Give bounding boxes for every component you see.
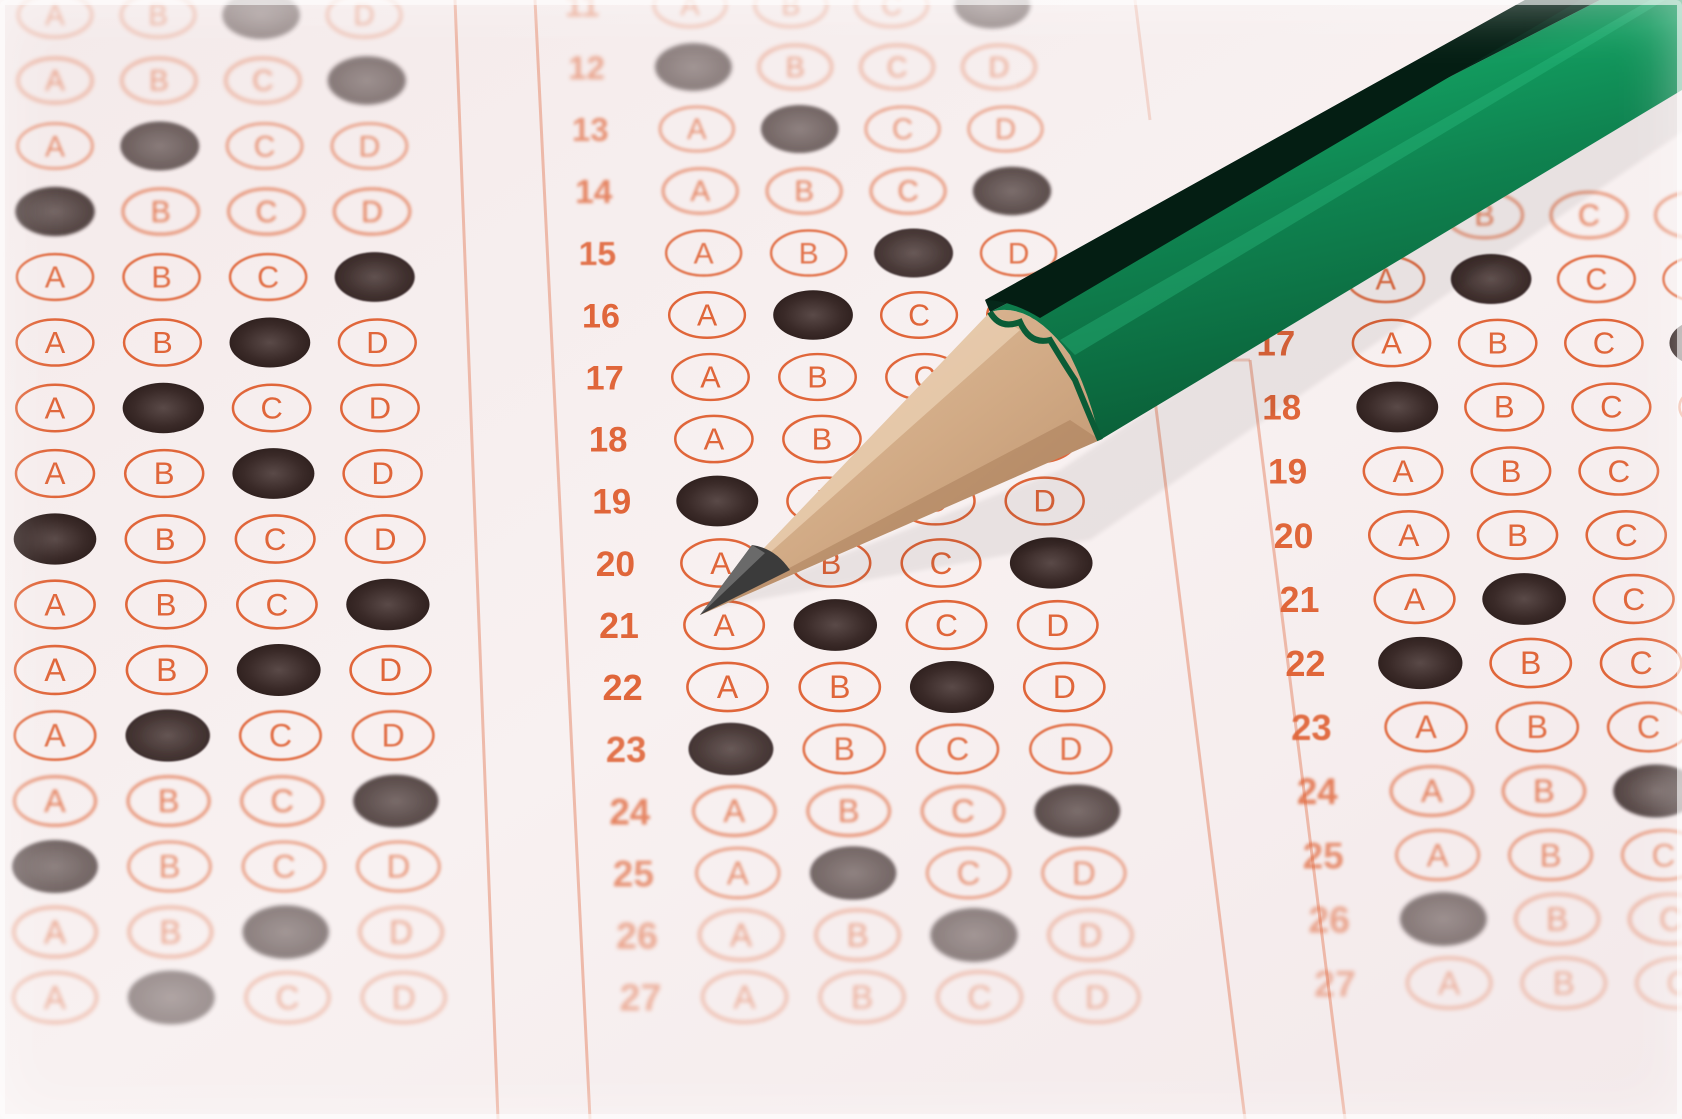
filled-bubble	[1400, 892, 1487, 946]
question-number: 23	[606, 729, 647, 770]
bubble-letter: A	[44, 652, 66, 688]
bubble-letter: C	[1630, 645, 1653, 681]
bubble-letter: B	[1527, 709, 1549, 745]
bubble-letter: C	[264, 522, 287, 557]
filled-bubble	[688, 723, 773, 776]
bubble-letter: C	[957, 854, 981, 891]
bubble-letter: A	[1398, 517, 1420, 553]
bubble-letter: A	[687, 113, 707, 146]
bubble-letter: B	[1500, 454, 1521, 489]
bubble-letter: A	[45, 260, 66, 294]
filled-bubble	[12, 840, 98, 893]
bubble-letter: A	[1421, 772, 1443, 809]
question-number: 20	[1274, 516, 1314, 556]
bubble-letter: B	[1533, 772, 1555, 809]
bubble-letter: A	[1438, 965, 1461, 1002]
bubble-letter: C	[1578, 198, 1600, 232]
bubble-letter: A	[1415, 709, 1437, 745]
filled-bubble	[237, 644, 321, 696]
bubble-letter: A	[44, 980, 67, 1017]
bubble-letter: D	[1046, 607, 1069, 643]
bubble-letter: C	[887, 52, 908, 84]
bubble-letter: B	[1520, 645, 1541, 681]
filled-bubble	[676, 476, 758, 527]
bubble-letter: C	[1637, 709, 1660, 745]
bubble-letter: A	[44, 586, 66, 622]
question-number: 23	[1291, 707, 1332, 748]
bubble-letter: D	[1085, 980, 1109, 1017]
filled-bubble	[120, 122, 199, 171]
bubble-letter: A	[730, 917, 753, 954]
question-number: 26	[1308, 898, 1349, 940]
bubble-letter: C	[265, 586, 288, 622]
bubble-letter: A	[710, 546, 731, 581]
bubble-letter: A	[697, 299, 718, 332]
bubble-letter: A	[45, 130, 65, 163]
filled-bubble	[232, 448, 314, 499]
question-number: 19	[1268, 453, 1307, 492]
bubble-letter: B	[158, 783, 180, 819]
bubble-letter: C	[967, 980, 991, 1017]
filled-bubble	[1378, 637, 1462, 689]
bubble-letter: B	[151, 196, 171, 229]
bubble-letter: B	[156, 652, 177, 688]
bubble-letter: C	[269, 718, 292, 754]
bubble-letter: B	[851, 980, 873, 1017]
bubble-letter: B	[151, 260, 171, 294]
bubble-letter: B	[154, 456, 175, 491]
filled-bubble	[1356, 382, 1438, 433]
bubble-letter: D	[374, 522, 397, 557]
filled-bubble	[930, 908, 1017, 962]
bubble-letter: B	[1553, 965, 1575, 1002]
bubble-letter: D	[359, 130, 381, 163]
bubble-letter: B	[799, 237, 819, 270]
bubble-letter: A	[733, 980, 756, 1017]
filled-bubble	[910, 661, 994, 713]
bubble-letter: B	[149, 65, 169, 98]
bubble-letter: A	[727, 854, 749, 891]
bubble-letter: C	[1622, 581, 1645, 617]
bubble-letter: C	[255, 196, 277, 229]
bubble-letter: C	[1615, 517, 1638, 553]
bubble-letter: C	[1607, 454, 1630, 489]
bubble-letter: A	[45, 456, 66, 491]
bubble-letter: B	[833, 731, 855, 767]
bubble-letter: A	[45, 325, 66, 360]
bubble-letter: C	[1593, 326, 1615, 361]
bubble-letter: D	[1008, 237, 1030, 270]
bubble-letter: C	[908, 299, 930, 332]
bubble-letter: A	[714, 607, 736, 643]
filled-bubble	[353, 775, 438, 828]
filled-bubble	[328, 56, 406, 105]
filled-bubble	[1482, 573, 1566, 625]
bubble-letter: D	[389, 913, 413, 950]
question-number: 13	[572, 112, 609, 149]
filled-bubble	[243, 905, 329, 958]
filled-bubble	[761, 105, 838, 153]
bubble-letter: A	[700, 361, 721, 395]
bubble-letter: D	[382, 718, 405, 754]
question-number: 16	[582, 297, 620, 335]
bubble-letter: D	[369, 391, 391, 426]
bubble-letter: D	[366, 325, 388, 360]
filled-bubble	[973, 167, 1051, 216]
bubble-letter: B	[1540, 836, 1562, 873]
question-number: 22	[603, 667, 643, 708]
filled-bubble	[773, 290, 853, 339]
bubble-letter: B	[1507, 517, 1528, 553]
question-number: 19	[592, 483, 631, 522]
question-number: 15	[579, 235, 617, 273]
bubble-letter: D	[1059, 731, 1082, 767]
bubble-letter: A	[45, 391, 66, 426]
bubble-letter: B	[786, 52, 805, 84]
question-number: 12	[568, 49, 604, 86]
bubble-letter: B	[159, 848, 181, 885]
bubble-letter: C	[1600, 390, 1622, 425]
bubble-letter: A	[45, 65, 65, 98]
bubble-letter: B	[829, 669, 850, 705]
bubble-letter: B	[155, 522, 176, 557]
question-number: 26	[616, 915, 658, 957]
question-number: 22	[1285, 643, 1325, 684]
bubble-letter: B	[159, 913, 181, 950]
bubble-letter: C	[892, 113, 913, 146]
filled-bubble	[655, 43, 732, 91]
question-number: 24	[1297, 771, 1338, 812]
filled-bubble	[15, 187, 94, 236]
question-number: 14	[575, 174, 613, 211]
bubble-letter: C	[275, 980, 299, 1017]
filled-bubble	[335, 252, 415, 302]
bubble-letter: A	[694, 237, 714, 270]
question-number: 25	[613, 852, 654, 894]
question-number: 25	[1303, 835, 1344, 876]
bubble-letter: B	[155, 586, 176, 622]
filled-bubble	[346, 579, 429, 631]
bubble-letter: D	[1072, 854, 1096, 891]
bubble-letter: A	[723, 792, 745, 829]
bubble-letter: C	[951, 792, 975, 829]
bubble-letter: D	[988, 52, 1009, 84]
filled-bubble	[128, 971, 215, 1025]
question-number: 18	[589, 422, 628, 460]
bubble-letter: B	[794, 175, 814, 208]
bubble-letter: A	[1427, 836, 1449, 873]
bubble-letter: B	[1494, 390, 1515, 425]
bubble-letter: B	[807, 361, 827, 395]
bubble-letter: D	[361, 196, 383, 229]
bubble-letter: C	[897, 175, 918, 208]
filled-bubble	[123, 383, 204, 433]
bubble-letter: A	[717, 669, 739, 705]
bubble-letter: A	[704, 422, 725, 457]
bubble-letter: D	[379, 652, 402, 688]
question-number: 21	[1280, 580, 1320, 620]
question-number: 20	[596, 544, 635, 584]
bubble-letter: D	[995, 113, 1016, 146]
filled-bubble	[794, 599, 877, 651]
question-number: 27	[620, 977, 662, 1019]
bubble-letter: B	[838, 792, 860, 829]
filled-bubble	[810, 846, 896, 899]
filled-bubble	[14, 513, 97, 564]
bubble-letter: D	[1053, 669, 1076, 705]
filled-bubble	[230, 317, 311, 367]
filled-bubble	[874, 229, 953, 278]
question-number: 17	[585, 359, 623, 397]
bubble-letter: C	[254, 130, 276, 163]
answer-sheet-photo: ABDABCACDBCDABCABDACDABDBCDABCABDACDABCB…	[0, 0, 1682, 1119]
bubble-letter: C	[272, 848, 296, 885]
question-number: 21	[599, 606, 639, 646]
bubble-letter: B	[1546, 901, 1568, 938]
bubble-letter: B	[812, 422, 833, 457]
bubble-letter: D	[387, 848, 411, 885]
bubble-letter: C	[270, 783, 293, 819]
bubble-letter: B	[846, 917, 868, 954]
bubble-letter: A	[44, 913, 66, 950]
bubble-letter: C	[257, 260, 279, 294]
bubble-letter: A	[1404, 581, 1426, 617]
bubble-letter: C	[935, 607, 958, 643]
question-number: 24	[609, 791, 650, 832]
bubble-letter: A	[44, 783, 66, 819]
bubble-letter: C	[946, 731, 969, 767]
bubble-letter: A	[690, 175, 710, 208]
bubble-letter: C	[1652, 836, 1676, 873]
bubble-letter: D	[371, 456, 394, 491]
bubble-letter: B	[152, 325, 172, 360]
filled-bubble	[125, 709, 210, 761]
bubble-letter: C	[252, 65, 273, 98]
bubble-letter: C	[1585, 263, 1607, 297]
bubble-letter: C	[260, 391, 282, 426]
bubble-letter: B	[1487, 326, 1508, 361]
bubble-letter: A	[44, 718, 66, 754]
bubble-letter: D	[392, 980, 416, 1017]
bubble-letter: D	[1078, 917, 1102, 954]
filled-bubble	[1035, 784, 1121, 837]
bubble-letter: A	[1393, 454, 1414, 489]
question-number: 27	[1314, 963, 1356, 1005]
